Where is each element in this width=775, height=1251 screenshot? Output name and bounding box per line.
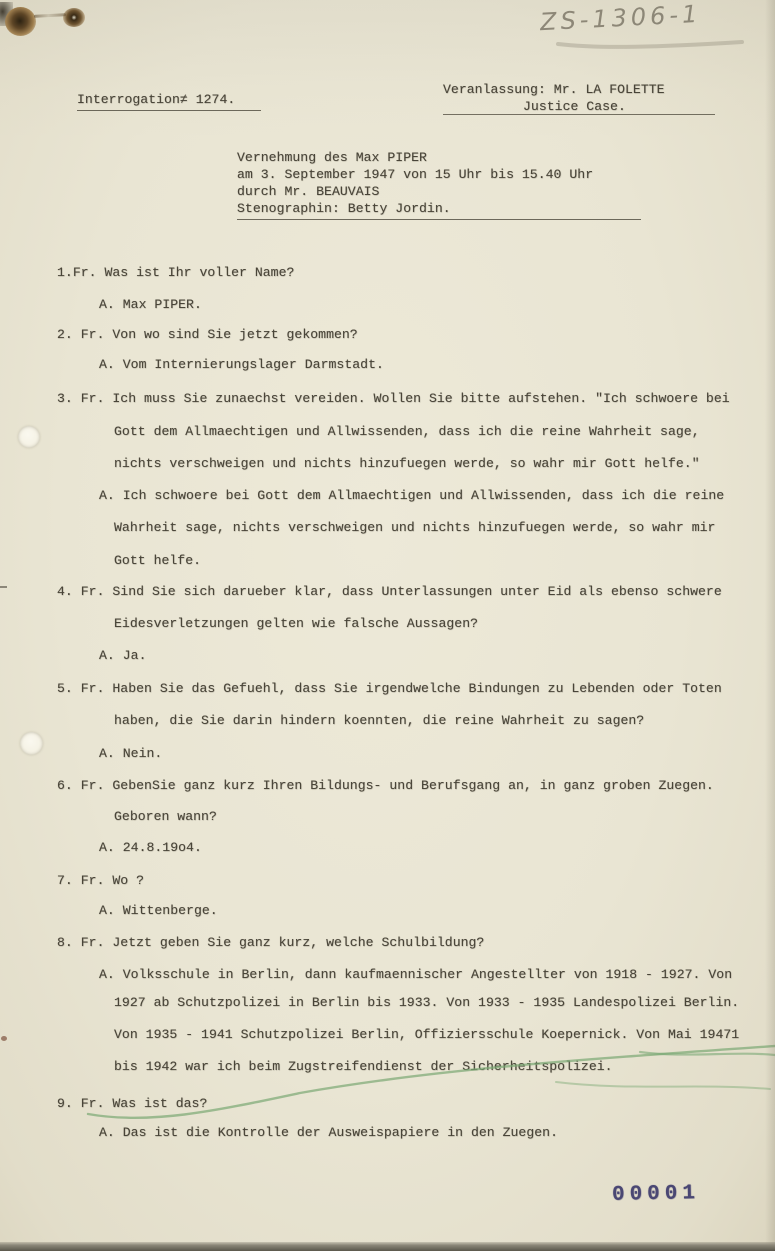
typed-line: A. Ja. bbox=[99, 648, 146, 664]
session-title-line: Vernehmung des Max PIPER bbox=[237, 150, 427, 166]
typed-line: nichts verschweigen und nichts hinzufueg… bbox=[114, 456, 700, 472]
archive-number-handwritten: ZS-1306-1 bbox=[539, 0, 702, 36]
staple-rust-smudge bbox=[34, 13, 66, 18]
typed-line: 3. Fr. Ich muss Sie zunaechst vereiden. … bbox=[57, 391, 730, 407]
typed-line: A. Ich schwoere bei Gott dem Allmaechtig… bbox=[99, 488, 724, 504]
interrogation-number: Interrogation≠ 1274. bbox=[77, 92, 261, 111]
typed-line: 2. Fr. Von wo sind Sie jetzt gekommen? bbox=[57, 327, 358, 343]
ink-speck bbox=[1, 1036, 7, 1041]
punch-hole bbox=[20, 732, 43, 755]
green-pencil-stroke bbox=[640, 1052, 775, 1055]
typed-line: A. Vom Internierungslager Darmstadt. bbox=[99, 357, 384, 373]
green-pencil-stroke bbox=[556, 1082, 770, 1089]
typed-line: A. Nein. bbox=[99, 746, 162, 762]
staple-rust-stain bbox=[63, 8, 85, 27]
typed-line: Wahrheit sage, nichts verschweigen und n… bbox=[114, 520, 715, 536]
typed-line: 1.Fr. Was ist Ihr voller Name? bbox=[57, 265, 294, 281]
typed-line: 8. Fr. Jetzt geben Sie ganz kurz, welche… bbox=[57, 935, 484, 951]
session-title-line: durch Mr. BEAUVAIS bbox=[237, 184, 379, 200]
staple-rust-stain bbox=[5, 7, 36, 36]
typed-line: Gott helfe. bbox=[114, 553, 201, 569]
cause-line: Veranlassung: Mr. LA FOLETTE bbox=[443, 82, 665, 98]
typed-line: A. Wittenberge. bbox=[99, 903, 218, 919]
typed-line: A. Volksschule in Berlin, dann kaufmaenn… bbox=[99, 967, 732, 983]
page-number-stamp: 00001 bbox=[612, 1182, 700, 1207]
stenographer-line: Stenographin: Betty Jordin. bbox=[237, 201, 641, 220]
typed-line: Von 1935 - 1941 Schutzpolizei Berlin, Of… bbox=[114, 1027, 739, 1043]
typed-line: 7. Fr. Wo ? bbox=[57, 873, 144, 889]
scan-edge-bottom bbox=[0, 1242, 775, 1251]
typed-line: haben, die Sie darin hindern koennten, d… bbox=[114, 713, 644, 729]
typed-line: Gott dem Allmaechtigen und Allwissenden,… bbox=[114, 424, 700, 440]
typed-line: Eidesverletzungen gelten wie falsche Aus… bbox=[114, 616, 478, 632]
typed-line: 4. Fr. Sind Sie sich darueber klar, dass… bbox=[57, 584, 722, 600]
scan-edge-right bbox=[765, 0, 775, 1251]
document-page: { "page": { "archive_number": "ZS-1306-1… bbox=[0, 0, 775, 1251]
typed-line: 9. Fr. Was ist das? bbox=[57, 1096, 207, 1112]
typed-line: 5. Fr. Haben Sie das Gefuehl, dass Sie i… bbox=[57, 681, 722, 697]
pencil-smudge bbox=[558, 42, 742, 47]
punch-hole bbox=[18, 426, 40, 448]
typed-line: A. Das ist die Kontrolle der Ausweispapi… bbox=[99, 1125, 558, 1141]
typed-line: Geboren wann? bbox=[114, 809, 217, 825]
margin-dash bbox=[0, 586, 7, 588]
session-title-line: am 3. September 1947 von 15 Uhr bis 15.4… bbox=[237, 167, 593, 183]
typed-line: A. Max PIPER. bbox=[99, 297, 202, 313]
justice-case-line: Justice Case. bbox=[523, 99, 626, 115]
header-underline bbox=[443, 114, 715, 115]
typed-line: 6. Fr. GebenSie ganz kurz Ihren Bildungs… bbox=[57, 778, 714, 794]
typed-line: 1927 ab Schutzpolizei in Berlin bis 1933… bbox=[114, 995, 739, 1011]
typed-line: bis 1942 war ich beim Zugstreifendienst … bbox=[114, 1059, 613, 1075]
typed-line: A. 24.8.19o4. bbox=[99, 840, 202, 856]
